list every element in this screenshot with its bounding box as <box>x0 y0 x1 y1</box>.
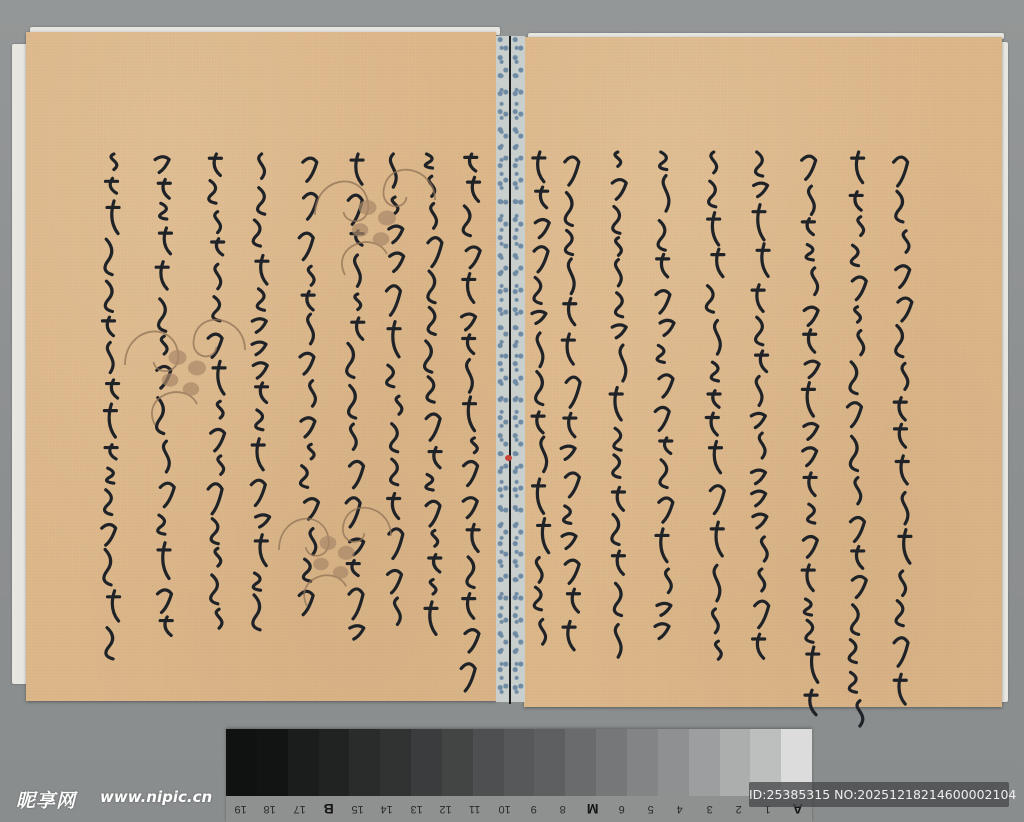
gray-patch <box>627 729 658 796</box>
gray-patch <box>257 729 288 796</box>
gray-scale-label: 3 <box>695 796 724 822</box>
vine-motif <box>300 140 450 290</box>
gray-patch <box>319 729 350 796</box>
calligraphy-column-right <box>606 148 634 668</box>
gray-scale-label: 15 <box>343 796 372 822</box>
gray-patch <box>658 729 689 796</box>
spine-fabric-left <box>496 36 510 702</box>
gray-patch <box>380 729 411 796</box>
gray-patch <box>565 729 596 796</box>
vine-motif <box>260 480 410 620</box>
gray-scale-patches <box>226 729 812 796</box>
gray-patch <box>288 729 319 796</box>
spine-fabric-right <box>511 36 525 702</box>
gray-scale-label: 10 <box>490 796 519 822</box>
gray-scale-label: 19 <box>226 796 255 822</box>
gray-patch <box>442 729 473 796</box>
gray-scale-target: 191817B15141312111098M654321A <box>226 729 812 822</box>
gray-scale-label: 13 <box>402 796 431 822</box>
gray-scale-label: 17 <box>285 796 314 822</box>
gray-patch <box>596 729 627 796</box>
gray-patch <box>473 729 504 796</box>
calligraphy-column-left <box>458 150 486 670</box>
open-manuscript-book <box>0 0 1024 720</box>
gray-patch <box>534 729 565 796</box>
gray-scale-label: 4 <box>665 796 694 822</box>
gray-scale-label: 11 <box>460 796 489 822</box>
gray-scale-label: 9 <box>519 796 548 822</box>
gray-patch <box>720 729 751 796</box>
gray-patch <box>349 729 380 796</box>
calligraphy-column-right <box>890 148 918 688</box>
gray-scale-label: 5 <box>636 796 665 822</box>
gray-patch <box>504 729 535 796</box>
gray-scale-label: 6 <box>607 796 636 822</box>
calligraphy-column-right <box>652 148 680 648</box>
vine-motif <box>100 290 270 440</box>
watermark-url: www.nipic.cn <box>100 788 212 806</box>
calligraphy-column-right <box>528 148 556 648</box>
calligraphy-column-right <box>558 148 586 658</box>
calligraphy-column-right <box>748 148 776 658</box>
gray-patch <box>226 729 257 796</box>
gray-patch <box>411 729 442 796</box>
binding-thread-knot <box>505 455 512 461</box>
gray-scale-label: 14 <box>372 796 401 822</box>
calligraphy-column-right <box>702 148 730 668</box>
gray-scale-label: 8 <box>548 796 577 822</box>
gray-scale-label: 12 <box>431 796 460 822</box>
gray-scale-labels: 191817B15141312111098M654321A <box>226 796 812 822</box>
gray-scale-label: 18 <box>255 796 284 822</box>
image-id-stamp: ID:25385315 NO:20251218214600002104 <box>749 782 1009 807</box>
watermark-logo: 昵享网 <box>16 786 76 813</box>
calligraphy-column-right <box>798 148 826 708</box>
gray-scale-label: B <box>314 796 343 822</box>
calligraphy-column-right <box>844 148 872 728</box>
binding-gutter <box>509 36 511 704</box>
gray-scale-label: M <box>578 796 607 822</box>
gray-patch <box>689 729 720 796</box>
